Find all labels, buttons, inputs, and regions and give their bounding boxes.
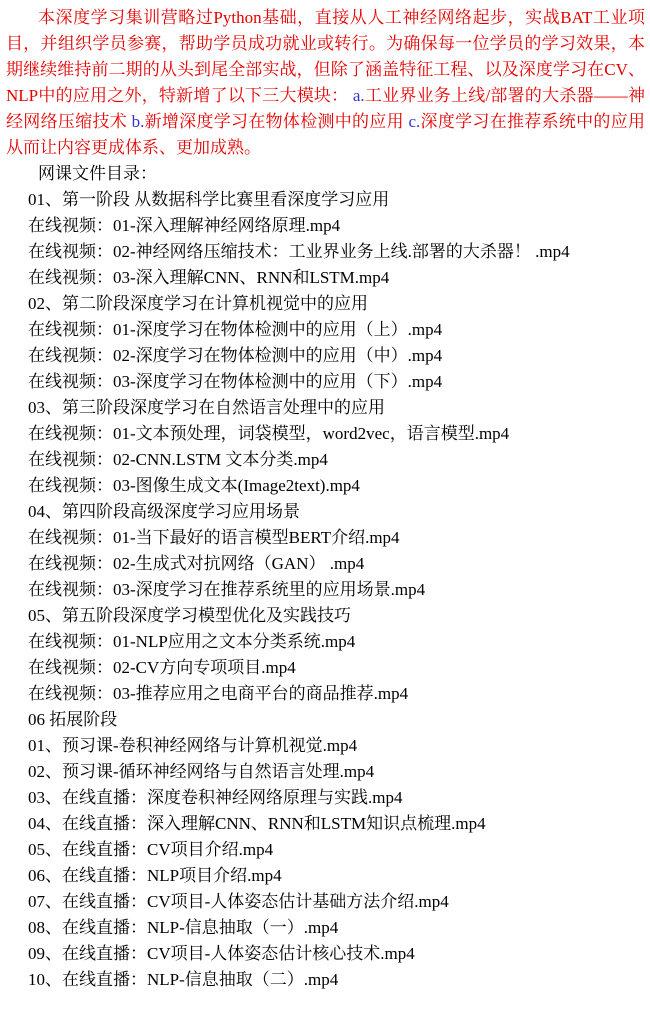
catalog-line: 09、在线直播：CV项目-人体姿态估计核心技术.mp4 [28, 941, 650, 967]
catalog-line: 10、在线直播：NLP-信息抽取（二）.mp4 [28, 967, 650, 993]
catalog-line: 在线视频：03-推荐应用之电商平台的商品推荐.mp4 [28, 681, 650, 707]
catalog-line: 在线视频：02-CNN.LSTM 文本分类.mp4 [28, 447, 650, 473]
catalog-line: 08、在线直播：NLP-信息抽取（一）.mp4 [28, 915, 650, 941]
catalog-line: 在线视频：01-NLP应用之文本分类系统.mp4 [28, 629, 650, 655]
catalog-line: 02、预习课-循环神经网络与自然语言处理.mp4 [28, 759, 650, 785]
catalog-line: 01、预习课-卷积神经网络与计算机视觉.mp4 [28, 733, 650, 759]
catalog-line: 在线视频：01-当下最好的语言模型BERT介绍.mp4 [28, 525, 650, 551]
catalog-line: 在线视频：02-CV方向专项项目.mp4 [28, 655, 650, 681]
catalog-line: 06 拓展阶段 [28, 707, 650, 733]
catalog-line: 05、在线直播：CV项目介绍.mp4 [28, 837, 650, 863]
module-marker: a. [353, 86, 365, 105]
module-marker: c. [408, 112, 420, 131]
catalog-line: 07、在线直播：CV项目-人体姿态估计基础方法介绍.mp4 [28, 889, 650, 915]
catalog-line: 01、第一阶段 从数据科学比赛里看深度学习应用 [28, 187, 650, 213]
catalog-line: 在线视频：03-图像生成文本(Image2text).mp4 [28, 473, 650, 499]
course-catalog: 01、第一阶段 从数据科学比赛里看深度学习应用在线视频：01-深入理解神经网络原… [28, 187, 650, 993]
catalog-line: 在线视频：02-神经网络压缩技术：工业界业务上线.部署的大杀器！ .mp4 [28, 239, 650, 265]
catalog-line: 04、第四阶段高级深度学习应用场景 [28, 499, 650, 525]
catalog-line: 02、第二阶段深度学习在计算机视觉中的应用 [28, 291, 650, 317]
document-page: 本深度学习集训营略过Python基础，直接从人工神经网络起步，实战BAT工业项目… [0, 0, 650, 1024]
catalog-line: 在线视频：01-深度学习在物体检测中的应用（上）.mp4 [28, 317, 650, 343]
catalog-line: 在线视频：02-生成式对抗网络（GAN） .mp4 [28, 551, 650, 577]
catalog-line: 在线视频：01-深入理解神经网络原理.mp4 [28, 213, 650, 239]
catalog-line: 04、在线直播：深入理解CNN、RNN和LSTM知识点梳理.mp4 [28, 811, 650, 837]
catalog-line: 在线视频：03-深度学习在物体检测中的应用（下）.mp4 [28, 369, 650, 395]
catalog-line: 05、第五阶段深度学习模型优化及实践技巧 [28, 603, 650, 629]
module-marker: b. [132, 112, 145, 131]
intro-text-segment: 新增深度学习在物体检测中的应用 [144, 112, 408, 131]
catalog-line: 03、第三阶段深度学习在自然语言处理中的应用 [28, 395, 650, 421]
catalog-line: 在线视频：03-深度学习在推荐系统里的应用场景.mp4 [28, 577, 650, 603]
catalog-line: 在线视频：01-文本预处理，词袋模型，word2vec，语言模型.mp4 [28, 421, 650, 447]
catalog-line: 06、在线直播：NLP项目介绍.mp4 [28, 863, 650, 889]
catalog-line: 03、在线直播：深度卷积神经网络原理与实践.mp4 [28, 785, 650, 811]
catalog-heading: 网课文件目录： [38, 161, 650, 187]
catalog-line: 在线视频：03-深入理解CNN、RNN和LSTM.mp4 [28, 265, 650, 291]
intro-paragraph: 本深度学习集训营略过Python基础，直接从人工神经网络起步，实战BAT工业项目… [6, 5, 645, 161]
catalog-line: 在线视频：02-深度学习在物体检测中的应用（中）.mp4 [28, 343, 650, 369]
